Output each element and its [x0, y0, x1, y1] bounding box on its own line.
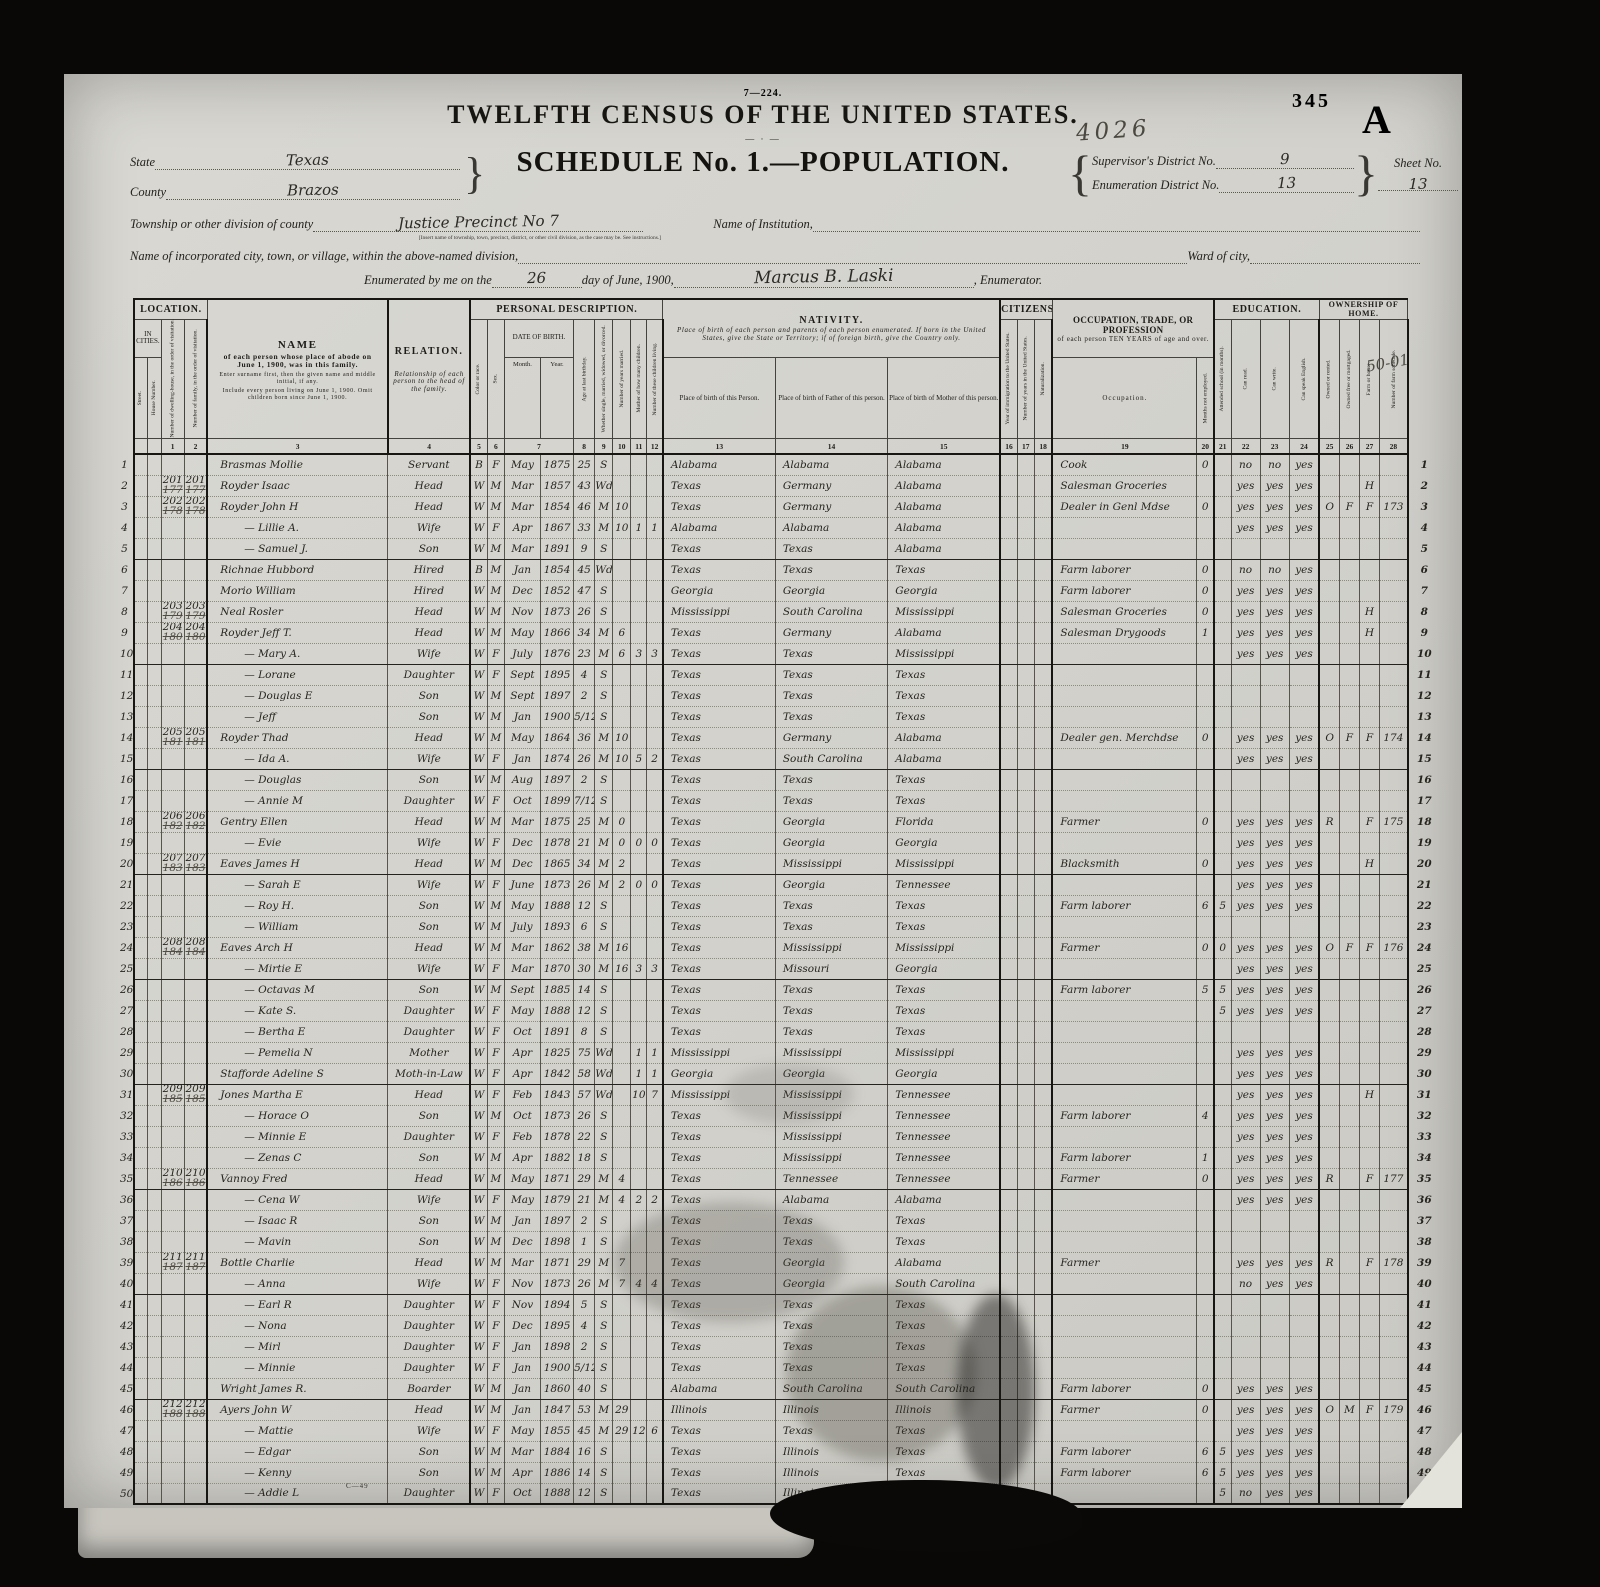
cell-imm [1000, 475, 1017, 496]
colnum-18: 18 [1034, 439, 1052, 455]
cell-yr: 1873 [541, 1105, 574, 1126]
cell-name: Neal Rosler [207, 601, 388, 622]
cell-yr: 1897 [541, 685, 574, 706]
cell-en [1289, 706, 1319, 727]
cell-c: W [470, 475, 487, 496]
cell-yr: 1882 [541, 1147, 574, 1168]
cell-yr: 1854 [541, 559, 574, 580]
cell-n: 26 [120, 979, 134, 1000]
cell-nat [1034, 1168, 1052, 1189]
cell-mc [631, 1294, 647, 1315]
cell-dw [161, 1315, 184, 1336]
cell-nat [1034, 1147, 1052, 1168]
cell-imm [1000, 1147, 1017, 1168]
col-dob-label: DATE OF BIRTH. [504, 319, 573, 357]
cell-m: Alabama [888, 538, 1000, 559]
cell-mc [631, 1147, 647, 1168]
cell-own [1319, 1000, 1339, 1021]
cell-c: W [470, 1315, 487, 1336]
cell-m: Texas [888, 1336, 1000, 1357]
cell-s: M [487, 1252, 504, 1273]
cell-house [147, 538, 161, 559]
cell-name: Jones Martha E [207, 1084, 388, 1105]
cell-yr: 1898 [541, 1336, 574, 1357]
occupation-title: OCCUPATION, TRADE, OR PROFESSION [1053, 315, 1213, 335]
cell-mc [631, 475, 647, 496]
cell-yus [1017, 916, 1034, 937]
cell-fh [1359, 1147, 1379, 1168]
cell-house [147, 1399, 161, 1420]
cell-f: Texas [775, 895, 887, 916]
cell-fm [1339, 1357, 1359, 1378]
cell-fam [184, 1147, 207, 1168]
cell-rel: Wife [388, 643, 470, 664]
cell-imm [1000, 1021, 1017, 1042]
cell-n: 2 [120, 475, 134, 496]
colnum-8: 8 [574, 439, 595, 455]
state-label: State [130, 155, 155, 170]
cell-imm [1000, 685, 1017, 706]
cell-f: South Carolina [775, 748, 887, 769]
cell-mc [631, 685, 647, 706]
cell-s: F [487, 1315, 504, 1336]
cell-n: 48 [120, 1441, 134, 1462]
cell-yus [1017, 643, 1034, 664]
cell-mar: S [595, 1126, 613, 1147]
cell-m: Illinois [888, 1399, 1000, 1420]
cell-sch [1214, 1126, 1231, 1147]
cell-fam [184, 1315, 207, 1336]
cell-c: W [470, 769, 487, 790]
cell-mar: M [595, 874, 613, 895]
cell-house [147, 895, 161, 916]
cell-yr: 1898 [541, 1231, 574, 1252]
cell-ym: 10 [613, 748, 631, 769]
cell-dw [161, 517, 184, 538]
cell-m: Alabama [888, 496, 1000, 517]
cell-s: M [487, 1105, 504, 1126]
cell-mo: July [504, 916, 540, 937]
cell-name: — Mirtie E [207, 958, 388, 979]
cell-mne: 0 [1197, 853, 1214, 874]
census-title: TWELFTH CENSUS OF THE UNITED STATES. [64, 100, 1462, 130]
cell-wr: yes [1260, 979, 1289, 1000]
cell-n: 13 [120, 706, 134, 727]
cell-yus [1017, 1084, 1034, 1105]
cell-fh [1359, 769, 1379, 790]
cell-nat [1034, 895, 1052, 916]
cell-own: O [1319, 1399, 1339, 1420]
cell-mar: M [595, 1189, 613, 1210]
cell-ym [613, 1126, 631, 1147]
cell-fm [1339, 1420, 1359, 1441]
cell-dw: 211187 [161, 1252, 184, 1273]
cell-own [1319, 475, 1339, 496]
cell-occ [1052, 685, 1197, 706]
cell-pob: Texas [663, 1000, 775, 1021]
cell-f: Illinois [775, 1399, 887, 1420]
cell-fs [1380, 559, 1408, 580]
cell-n: 35 [1408, 1168, 1432, 1189]
cell-m: Tennessee [888, 1084, 1000, 1105]
cell-en: yes [1289, 1168, 1319, 1189]
cell-imm [1000, 853, 1017, 874]
cell-house [147, 853, 161, 874]
cell-nat [1034, 454, 1052, 475]
cell-own [1319, 1336, 1339, 1357]
colnum-3: 3 [207, 439, 388, 455]
cell-f: Texas [775, 643, 887, 664]
cell-ym [613, 979, 631, 1000]
cell-cl: 4 [647, 1273, 663, 1294]
cell-name: — Samuel J. [207, 538, 388, 559]
cell-house [147, 937, 161, 958]
enumerated-mid: day of June, 1900, [582, 273, 674, 288]
enumeration-value: 13 [1271, 174, 1302, 193]
city-label: Name of incorporated city, town, or vill… [130, 249, 518, 264]
cell-house [147, 832, 161, 853]
cell-mar: S [595, 1315, 613, 1336]
cell-cl [647, 685, 663, 706]
cell-en [1289, 1021, 1319, 1042]
cell-ym: 4 [613, 1189, 631, 1210]
cell-yr: 1888 [541, 1483, 574, 1504]
cell-m: Alabama [888, 454, 1000, 475]
group-occupation: OCCUPATION, TRADE, OR PROFESSION of each… [1052, 299, 1214, 357]
cell-sch: 5 [1214, 1483, 1231, 1504]
cell-mo: Nov [504, 1294, 540, 1315]
cell-en: yes [1289, 874, 1319, 895]
cell-cl [647, 895, 663, 916]
cell-pob: Texas [663, 811, 775, 832]
cell-nat [1034, 853, 1052, 874]
cell-en: yes [1289, 979, 1319, 1000]
cell-wr: yes [1260, 1189, 1289, 1210]
cell-fh [1359, 1189, 1379, 1210]
cell-age: 58 [574, 1063, 595, 1084]
cell-yus [1017, 1210, 1034, 1231]
cell-sch [1214, 1084, 1231, 1105]
cell-nat [1034, 1441, 1052, 1462]
census-row: 22— Roy H.SonWMMay188812STexasTexasTexas… [120, 895, 1432, 916]
cell-name: — Ida A. [207, 748, 388, 769]
cell-nat [1034, 1042, 1052, 1063]
cell-fs [1380, 1147, 1408, 1168]
cell-n: 18 [120, 811, 134, 832]
cell-fh [1359, 748, 1379, 769]
cell-imm [1000, 1063, 1017, 1084]
cell-f: Illinois [775, 1441, 887, 1462]
cell-s: F [487, 1273, 504, 1294]
cell-fh [1359, 706, 1379, 727]
cell-occ [1052, 538, 1197, 559]
cell-own [1319, 1063, 1339, 1084]
cell-rd [1231, 1315, 1260, 1336]
cell-ym [613, 601, 631, 622]
cell-fm [1339, 895, 1359, 916]
cell-n: 14 [120, 727, 134, 748]
cell-house [147, 1126, 161, 1147]
cell-age: 38 [574, 937, 595, 958]
cell-pob: Texas [663, 1273, 775, 1294]
cell-rel: Wife [388, 1273, 470, 1294]
cell-f: Texas [775, 916, 887, 937]
cell-yus [1017, 706, 1034, 727]
cell-fh [1359, 685, 1379, 706]
cell-yr: 1873 [541, 1273, 574, 1294]
cell-fs: 177 [1380, 1168, 1408, 1189]
cell-yr: 1870 [541, 958, 574, 979]
cell-age: 57 [574, 1084, 595, 1105]
cell-street [134, 811, 147, 832]
cell-n: 37 [1408, 1210, 1432, 1231]
cell-c: W [470, 496, 487, 517]
cell-rel: Head [388, 1399, 470, 1420]
cell-mo: Nov [504, 1273, 540, 1294]
cell-c: W [470, 643, 487, 664]
cell-name: — Earl R [207, 1294, 388, 1315]
cell-m: Alabama [888, 1189, 1000, 1210]
cell-sch [1214, 1315, 1231, 1336]
cell-n: 21 [120, 874, 134, 895]
cell-dw [161, 769, 184, 790]
cell-mne [1197, 1420, 1214, 1441]
cell-yus [1017, 958, 1034, 979]
census-row: 36— Cena WWifeWFMay187921M422TexasAlabam… [120, 1189, 1432, 1210]
cell-mne [1197, 1357, 1214, 1378]
cell-m: Texas [888, 1294, 1000, 1315]
cell-m: Texas [888, 706, 1000, 727]
census-row: 38— MavinSonWMDec18981STexasTexasTexas38 [120, 1231, 1432, 1252]
cell-name: — Sarah E [207, 874, 388, 895]
cell-sch: 5 [1214, 1000, 1231, 1021]
cell-name: Royder Thad [207, 727, 388, 748]
cell-street [134, 643, 147, 664]
cell-mc [631, 790, 647, 811]
cell-fh [1359, 1462, 1379, 1483]
cell-imm [1000, 748, 1017, 769]
cell-n: 46 [1408, 1399, 1432, 1420]
cell-wr: no [1260, 559, 1289, 580]
cell-sch: 5 [1214, 895, 1231, 916]
cell-mne: 0 [1197, 601, 1214, 622]
right-gutter-header [1408, 299, 1432, 454]
cell-yus [1017, 1462, 1034, 1483]
cell-n: 9 [1408, 622, 1432, 643]
cell-fm [1339, 1252, 1359, 1273]
cell-s: M [487, 601, 504, 622]
cell-rd [1231, 706, 1260, 727]
cell-fam [184, 517, 207, 538]
cell-m: Texas [888, 1357, 1000, 1378]
cell-n: 16 [1408, 769, 1432, 790]
census-row: 50— Addie LDaughterWFOct188812STexasIlli… [120, 1483, 1432, 1504]
cell-n: 40 [120, 1273, 134, 1294]
cell-street [134, 706, 147, 727]
cell-n: 22 [120, 895, 134, 916]
cell-m: Tennessee [888, 1105, 1000, 1126]
cell-own [1319, 958, 1339, 979]
cell-rd: yes [1231, 475, 1260, 496]
cell-mc [631, 1462, 647, 1483]
cell-en: yes [1289, 1483, 1319, 1504]
cell-s: F [487, 790, 504, 811]
cell-cl [647, 1210, 663, 1231]
cell-house [147, 874, 161, 895]
cell-n: 43 [120, 1336, 134, 1357]
name-desc2: Enter surname first, then the given name… [215, 372, 380, 385]
cell-rel: Daughter [388, 1126, 470, 1147]
cell-yr: 1864 [541, 727, 574, 748]
cell-wr: yes [1260, 1462, 1289, 1483]
cell-sch [1214, 853, 1231, 874]
cell-rd [1231, 1210, 1260, 1231]
cell-street [134, 580, 147, 601]
cell-age: 9 [574, 538, 595, 559]
cell-n: 20 [1408, 853, 1432, 874]
cell-mo: Mar [504, 1252, 540, 1273]
cell-cl [647, 1462, 663, 1483]
cell-pob: Texas [663, 1315, 775, 1336]
cell-mar: S [595, 664, 613, 685]
cell-wr: yes [1260, 475, 1289, 496]
cell-s: M [487, 559, 504, 580]
cell-cl [647, 1357, 663, 1378]
cell-pob: Texas [663, 685, 775, 706]
cell-age: 21 [574, 1189, 595, 1210]
cell-occ: Farm laborer [1052, 559, 1197, 580]
cell-fs [1380, 601, 1408, 622]
cell-own [1319, 769, 1339, 790]
census-row: 31209185209185Jones Martha EHeadWFFeb184… [120, 1084, 1432, 1105]
cell-cl [647, 1147, 663, 1168]
cell-ym [613, 475, 631, 496]
cell-yr: 1865 [541, 853, 574, 874]
cell-street [134, 769, 147, 790]
cell-nat [1034, 916, 1052, 937]
cell-fm [1339, 622, 1359, 643]
cell-mne [1197, 958, 1214, 979]
census-row: 13— JeffSonWMJan19005/12STexasTexasTexas… [120, 706, 1432, 727]
cell-en: yes [1289, 1441, 1319, 1462]
cell-yus [1017, 1168, 1034, 1189]
cell-nat [1034, 1231, 1052, 1252]
cell-n: 39 [120, 1252, 134, 1273]
left-gutter-header [120, 299, 134, 454]
census-row: 25— Mirtie EWifeWFMar187030M1633TexasMis… [120, 958, 1432, 979]
cell-n: 30 [120, 1063, 134, 1084]
cell-c: W [470, 706, 487, 727]
cell-fh: F [1359, 496, 1379, 517]
col-years-married-label: Number of years married. [613, 319, 631, 439]
cell-c: W [470, 1189, 487, 1210]
cell-fam [184, 1294, 207, 1315]
cell-s: M [487, 1378, 504, 1399]
cell-wr: yes [1260, 1420, 1289, 1441]
cell-mo: Feb [504, 1084, 540, 1105]
cell-mo: Mar [504, 496, 540, 517]
cell-rel: Hired [388, 580, 470, 601]
cell-en: yes [1289, 811, 1319, 832]
cell-m: Florida [888, 811, 1000, 832]
cell-fs [1380, 475, 1408, 496]
cell-name: Wright James R. [207, 1378, 388, 1399]
cell-mo: Aug [504, 769, 540, 790]
cell-s: F [487, 832, 504, 853]
cell-name: — Lillie A. [207, 517, 388, 538]
colnum-9: 9 [595, 439, 613, 455]
cell-mar: S [595, 895, 613, 916]
cell-n: 36 [1408, 1189, 1432, 1210]
cell-m: Mississippi [888, 601, 1000, 622]
census-sheet: 7—224. TWELFTH CENSUS OF THE UNITED STAT… [64, 74, 1462, 1508]
cell-pob: Texas [663, 1168, 775, 1189]
cell-s: M [487, 895, 504, 916]
cell-pob: Mississippi [663, 601, 775, 622]
cell-mo: Sept [504, 685, 540, 706]
cell-occ: Farmer [1052, 1168, 1197, 1189]
cell-occ: Farm laborer [1052, 895, 1197, 916]
cell-rd: yes [1231, 1042, 1260, 1063]
cell-mar: S [595, 706, 613, 727]
cell-yus [1017, 1189, 1034, 1210]
colnum-27: 27 [1359, 439, 1379, 455]
cell-occ [1052, 1483, 1197, 1504]
cell-fs [1380, 895, 1408, 916]
census-row: 26— Octavas MSonWMSept188514STexasTexasT… [120, 979, 1432, 1000]
cell-ym: 7 [613, 1252, 631, 1273]
cell-n: 11 [120, 664, 134, 685]
cell-name: — Mary A. [207, 643, 388, 664]
cell-age: 14 [574, 1462, 595, 1483]
cell-nat [1034, 874, 1052, 895]
census-row: 20207183207183Eaves James HHeadWMDec1865… [120, 853, 1432, 874]
cell-n: 44 [1408, 1357, 1432, 1378]
cell-n: 49 [120, 1462, 134, 1483]
cell-s: M [487, 685, 504, 706]
cell-en: yes [1289, 643, 1319, 664]
cell-s: M [487, 580, 504, 601]
cell-mne: 1 [1197, 622, 1214, 643]
cell-cl [647, 664, 663, 685]
cell-house [147, 1084, 161, 1105]
cell-s: F [487, 1294, 504, 1315]
cell-en: yes [1289, 580, 1319, 601]
cell-wr: yes [1260, 1378, 1289, 1399]
cell-fh [1359, 1420, 1379, 1441]
cell-yr: 1895 [541, 1315, 574, 1336]
cell-m: Alabama [888, 517, 1000, 538]
cell-mar: S [595, 916, 613, 937]
cell-rd: no [1231, 454, 1260, 475]
cell-wr: yes [1260, 874, 1289, 895]
cell-f: Alabama [775, 1189, 887, 1210]
cell-yus [1017, 1042, 1034, 1063]
cell-dw [161, 454, 184, 475]
cell-m: Georgia [888, 958, 1000, 979]
cell-mo: Apr [504, 1042, 540, 1063]
cell-fs [1380, 664, 1408, 685]
cell-f: Texas [775, 538, 887, 559]
supervisor-label: Supervisor's District No. [1092, 154, 1216, 169]
cell-own [1319, 622, 1339, 643]
enumeration-label: Enumeration District No. [1092, 178, 1219, 193]
cell-rd: yes [1231, 622, 1260, 643]
cell-sch [1214, 1147, 1231, 1168]
cell-pob: Alabama [663, 454, 775, 475]
cell-pob: Illinois [663, 1399, 775, 1420]
cell-yr: 1894 [541, 1294, 574, 1315]
